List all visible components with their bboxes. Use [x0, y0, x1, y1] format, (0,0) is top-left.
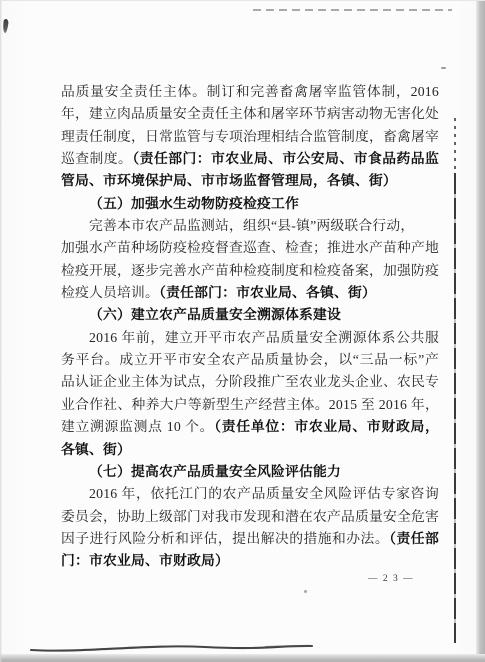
text-line: 业合作社、种养大户等新型生产经营主体。2015 至 2016 年，	[61, 394, 439, 416]
bold-text-segment: （六）建立农产品质量安全溯源体系建设	[89, 307, 341, 322]
text-line: 巡查制度。（责任部门：市农业局、市公安局、市食品药品监	[61, 148, 439, 170]
bold-text-segment: （责任部门：市农业局、市公安局、市食品药品监	[132, 151, 439, 166]
text-line: 管局、市环境保护局、市市场监督管理局，各镇、街）	[61, 170, 439, 192]
text-line: 各镇、街）	[61, 439, 439, 461]
text-segment: 2016 年，依托江门的农产品质量安全风险评估专家咨询	[89, 486, 439, 501]
page-number: — 2 3 —	[368, 574, 414, 584]
text-segment: 巡查制度。	[61, 151, 132, 166]
text-line: 因子进行风险分析和评估，提出解决的措施和办法。（责任部	[61, 528, 439, 550]
page-edge-top	[0, 0, 485, 1]
scan-top-dashed-line	[253, 9, 452, 11]
text-segment: 委员会，协助上级部门对我市发现和潜在农产品质量安全危害	[61, 509, 439, 524]
text-line: 理责任制度，日常监管与专项治理相结合监管制度，畜禽屠宰	[61, 126, 439, 148]
scan-vertical-fold-line-bottom	[454, 173, 456, 643]
text-segment: 完善本市农产品监测站，组织“县-镇”两级联合行动，	[89, 218, 414, 233]
section-heading-line: （六）建立农产品质量安全溯源体系建设	[61, 304, 439, 326]
section-heading-line: （五）加强水生动物防疫检疫工作	[61, 193, 439, 215]
text-line: 门：市农业局、市财政局）	[61, 550, 439, 572]
text-segment: 业合作社、种养大户等新型生产经营主体。2015 至 2016 年，	[61, 397, 439, 412]
text-line: 检疫开展，逐步完善水产苗种检疫制度和检疫备案，加强防疫	[61, 260, 439, 282]
text-segment: 检疫人员培训。	[61, 285, 159, 300]
text-segment: 品认证企业主体为试点，分阶段推广至农业龙头企业、农民专	[61, 374, 439, 389]
text-line: 品认证企业主体为试点，分阶段推广至农业龙头企业、农民专	[61, 371, 439, 393]
section-heading-line: （七）提高农产品质量安全风险评估能力	[61, 461, 439, 483]
text-line: 2016 年，依托江门的农产品质量安全风险评估专家咨询	[61, 483, 439, 505]
text-line: 完善本市农产品监测站，组织“县-镇”两级联合行动，	[61, 215, 439, 237]
scan-speck	[304, 590, 307, 593]
scan-speck	[441, 67, 446, 69]
text-line: 检疫人员培训。（责任部门：市农业局、各镇、街）	[61, 282, 439, 304]
text-block: 品质量安全责任主体。制订和完善畜禽屠宰监管体制，2016年，建立肉品质量安全责任…	[61, 81, 439, 573]
text-line: 建立溯源监测点 10 个。（责任单位：市农业局、市财政局，	[61, 416, 439, 438]
text-line: 委员会，协助上级部门对我市发现和潜在农产品质量安全危害	[61, 506, 439, 528]
text-segment: 建立溯源监测点 10 个。	[61, 419, 214, 434]
bold-text-segment: （责任单位：市农业局、市财政局，	[214, 419, 439, 434]
text-segment: 因子进行风险分析和评估，提出解决的措施和办法。	[61, 531, 389, 546]
text-line: 务平台。成立开平市安全农产品质量协会，以“三品一标”产	[61, 349, 439, 371]
text-line: 2016 年前，建立开平市农产品质量安全溯源体系公共服	[61, 327, 439, 349]
bold-text-segment: （责任部门：市农业局、各镇、街）	[159, 285, 376, 300]
text-segment: 务平台。成立开平市安全农产品质量协会，以“三品一标”产	[61, 352, 439, 367]
scan-vertical-fold-line-top	[454, 118, 456, 173]
text-segment: 理责任制度，日常监管与专项治理相结合监管制度，畜禽屠宰	[61, 129, 439, 144]
text-line: 品质量安全责任主体。制订和完善畜禽屠宰监管体制，2016	[61, 81, 439, 103]
text-segment: 检疫开展，逐步完善水产苗种检疫制度和检疫备案，加强防疫	[61, 263, 439, 278]
text-segment: 2016 年前，建立开平市农产品质量安全溯源体系公共服	[89, 330, 439, 345]
text-line: 加强水产苗种场防疫检疫督查巡查、检查；推进水产苗种产地	[61, 237, 439, 259]
scan-vertical-fold-line	[454, 118, 456, 643]
bold-text-segment: （五）加强水生动物防疫检疫工作	[89, 196, 299, 211]
scan-bottom-fold-line	[25, 639, 317, 655]
bold-text-segment: （七）提高农产品质量安全风险评估能力	[89, 464, 341, 479]
text-segment: 品质量安全责任主体。制订和完善畜禽屠宰监管体制，2016	[61, 84, 439, 99]
bold-text-segment: 管局、市环境保护局、市市场监督管理局，各镇、街）	[61, 173, 397, 188]
scanned-document-page: 品质量安全责任主体。制订和完善畜禽屠宰监管体制，2016年，建立肉品质量安全责任…	[0, 0, 485, 662]
page-edge-bottom	[0, 654, 485, 662]
text-segment: 年，建立肉品质量安全责任主体和屠宰环节病害动物无害化处	[61, 106, 439, 121]
text-line: 年，建立肉品质量安全责任主体和屠宰环节病害动物无害化处	[61, 103, 439, 125]
page-edge-left	[0, 0, 2, 662]
text-segment: 加强水产苗种场防疫检疫督查巡查、检查；推进水产苗种产地	[61, 240, 439, 255]
bold-text-segment: （责任部	[389, 531, 439, 546]
scan-corner-ink-mark	[2, 19, 9, 34]
bold-text-segment: 各镇、街）	[61, 442, 131, 457]
bold-text-segment: 门：市农业局、市财政局）	[61, 553, 229, 568]
page-edge-right	[476, 0, 485, 662]
